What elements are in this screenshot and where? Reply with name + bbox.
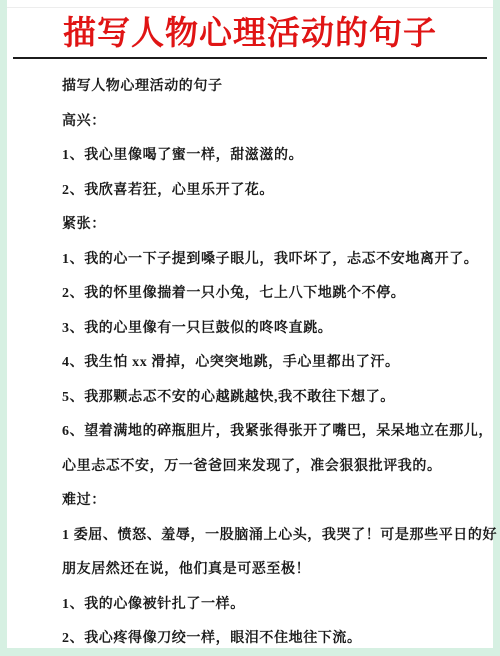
text-line: 心里忐忑不安，万一爸爸回来发现了，准会狠狠批评我的。 [62,459,481,474]
text-line: 3、我的心里像有一只巨鼓似的咚咚直跳。 [62,321,481,336]
text-line: 朋友居然还在说，他们真是可恶至极！ [62,562,481,577]
document-body: 描写人物心理活动的句子 高兴： 1、我心里像喝了蜜一样，甜滋滋的。 2、我欣喜若… [7,59,493,646]
text-line: 2、我心疼得像刀绞一样，眼泪不住地往下流。 [62,631,481,646]
text-line: 1、我的心像被针扎了一样。 [62,597,481,612]
text-line: 5、我那颗忐忑不安的心越跳越快,我不敢往下想了。 [62,390,481,405]
text-line: 6、望着满地的碎瓶胆片，我紧张得张开了嘴巴，呆呆地立在那儿， [62,424,481,439]
document-page: 描写人物心理活动的句子 描写人物心理活动的句子 高兴： 1、我心里像喝了蜜一样，… [7,0,493,648]
section-heading: 紧张： [62,217,481,232]
page-title: 描写人物心理活动的句子 [11,12,489,56]
text-line: 1 委屈、愤怒、羞辱，一股脑涌上心头，我哭了！可是那些平日的好 [62,528,481,543]
text-line: 2、我的怀里像揣着一只小兔，七上八下地跳个不停。 [62,286,481,301]
section-heading: 难过： [62,493,481,508]
document-subtitle: 描写人物心理活动的句子 [62,79,481,94]
text-line: 2、我欣喜若狂，心里乐开了花。 [62,183,481,198]
text-line: 1、我心里像喝了蜜一样，甜滋滋的。 [62,148,481,163]
text-line: 4、我生怕 xx 滑掉，心突突地跳，手心里都出了汗。 [62,355,481,370]
top-divider [7,7,493,8]
section-heading: 高兴： [62,114,481,129]
text-line: 1、我的心一下子提到嗓子眼儿，我吓坏了，忐忑不安地离开了。 [62,252,481,267]
